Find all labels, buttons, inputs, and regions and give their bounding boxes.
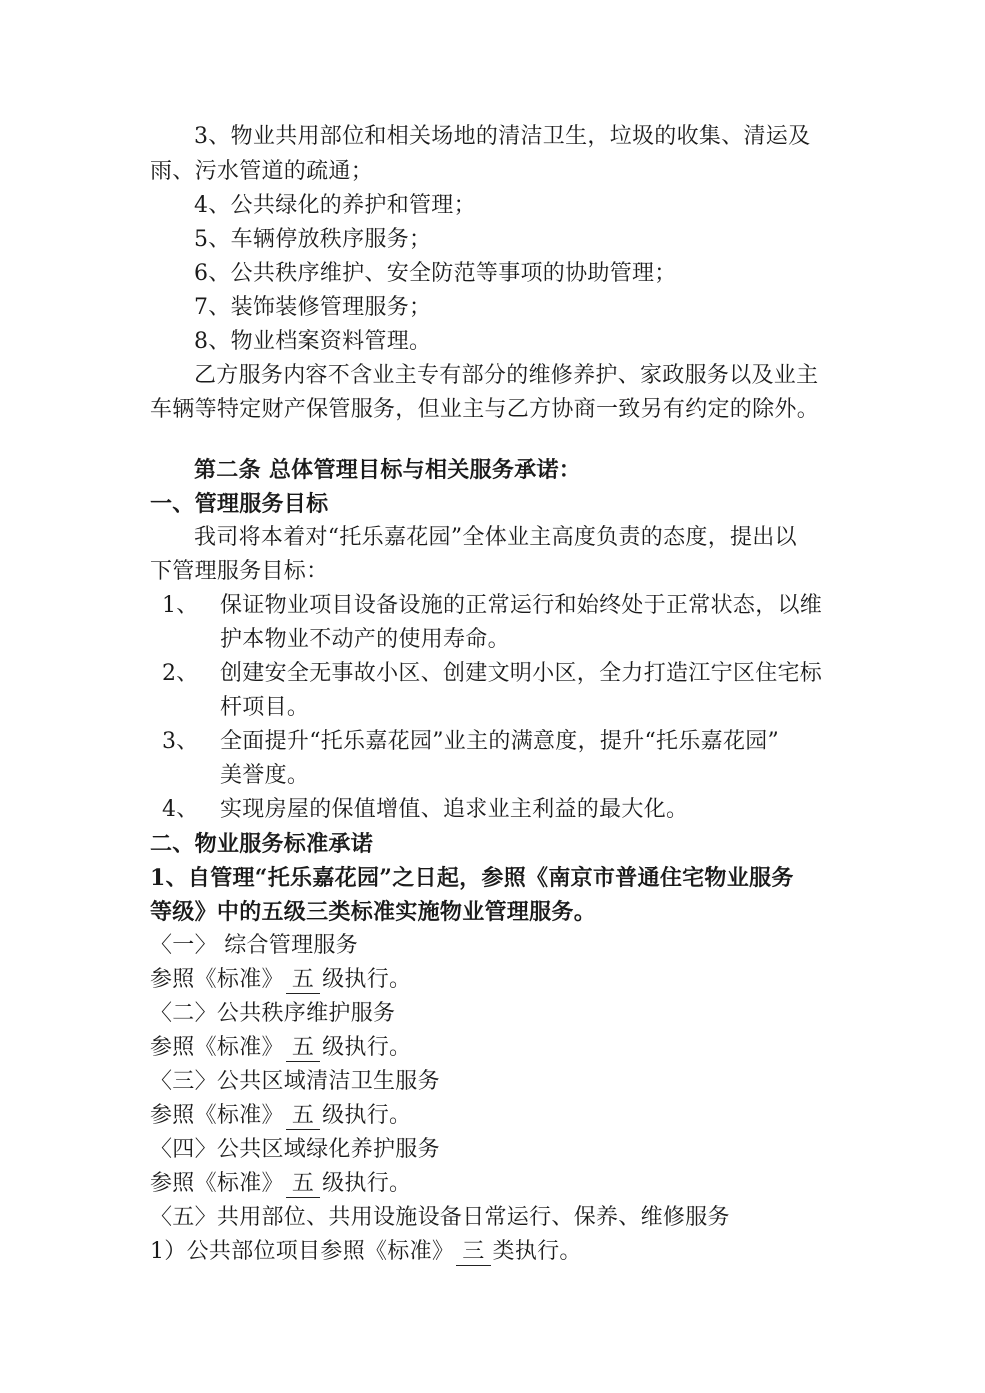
list-item-5: 5、车辆停放秩序服务；	[194, 223, 431, 257]
ref-prefix: 参照《标准》	[150, 1103, 284, 1128]
article-title: 第二条 总体管理目标与相关服务承诺：	[194, 453, 581, 487]
list-item-3-line2: 雨、污水管道的疏通；	[150, 155, 373, 189]
goal-3-line2: 美誉度。	[220, 759, 309, 793]
goal-number: 3、	[162, 725, 199, 759]
ref-suffix: 级执行。	[322, 967, 411, 992]
goal-number: 1、	[162, 589, 199, 623]
section1-heading: 一、管理服务目标	[150, 487, 328, 521]
exclusion-line1: 乙方服务内容不含业主专有部分的维修养护、家政服务以及业主	[194, 359, 818, 393]
section2-heading: 二、物业服务标准承诺	[150, 827, 373, 861]
ref-suffix: 级执行。	[322, 1035, 411, 1060]
goal-text: 实现房屋的保值增值、追求业主利益的最大化。	[220, 793, 688, 827]
service-item-1-ref: 参照《标准》五级执行。	[150, 963, 411, 997]
level-value: 五	[286, 1035, 320, 1062]
ref-prefix: 参照《标准》	[150, 1035, 284, 1060]
goal-2-line2: 杆项目。	[220, 691, 309, 725]
list-item-3-line1: 3、物业共用部位和相关场地的清洁卫生，垃圾的收集、清运及	[194, 120, 810, 154]
level-value: 五	[286, 1103, 320, 1130]
list-item-8: 8、物业档案资料管理。	[194, 325, 431, 359]
section2-para-line2: 等级》中的五级三类标准实施物业管理服务。	[150, 895, 596, 929]
service-item-2-title: 〈二〉公共秩序维护服务	[150, 997, 395, 1031]
list-item-7: 7、装饰装修管理服务；	[194, 291, 431, 325]
service-item-3-ref: 参照《标准》五级执行。	[150, 1099, 411, 1133]
category-value: 三	[456, 1239, 490, 1266]
ref-prefix: 参照《标准》	[150, 1171, 284, 1196]
ref-suffix: 级执行。	[322, 1103, 411, 1128]
exclusion-line2: 车辆等特定财产保管服务，但业主与乙方协商一致另有约定的除外。	[150, 393, 819, 427]
section1-intro-line2: 下管理服务目标：	[150, 555, 328, 589]
goal-number: 2、	[162, 657, 199, 691]
service-item-4-title: 〈四〉公共区域绿化养护服务	[150, 1133, 440, 1167]
ref-prefix: 参照《标准》	[150, 967, 284, 992]
service-item-2-ref: 参照《标准》五级执行。	[150, 1031, 411, 1065]
goal-text: 创建安全无事故小区、创建文明小区，全力打造江宁区住宅标	[220, 657, 822, 691]
sub-prefix: 1）公共部位项目参照《标准》	[150, 1239, 454, 1264]
goal-1-line2: 护本物业不动产的使用寿命。	[220, 623, 510, 657]
level-value: 五	[286, 1171, 320, 1198]
goal-3: 3、 全面提升“托乐嘉花园”业主的满意度，提升“托乐嘉花园”	[150, 725, 840, 759]
sub-suffix: 类执行。	[493, 1239, 582, 1264]
list-item-4: 4、公共绿化的养护和管理；	[194, 189, 476, 223]
goal-4: 4、 实现房屋的保值增值、追求业主利益的最大化。	[150, 793, 840, 827]
level-value: 五	[286, 967, 320, 994]
service-item-1-title: 〈一〉 综合管理服务	[150, 929, 358, 963]
goal-text: 保证物业项目设备设施的正常运行和始终处于正常状态，以维	[220, 589, 822, 623]
service-item-4-ref: 参照《标准》五级执行。	[150, 1167, 411, 1201]
goal-text: 全面提升“托乐嘉花园”业主的满意度，提升“托乐嘉花园”	[220, 725, 779, 759]
goal-1: 1、 保证物业项目设备设施的正常运行和始终处于正常状态，以维	[150, 589, 840, 623]
list-item-6: 6、公共秩序维护、安全防范等事项的协助管理；	[194, 257, 677, 291]
service-item-5-title: 〈五〉共用部位、共用设施设备日常运行、保养、维修服务	[150, 1201, 730, 1235]
service-item-3-title: 〈三〉公共区域清洁卫生服务	[150, 1065, 440, 1099]
section1-intro-line1: 我司将本着对“托乐嘉花园”全体业主高度负责的态度，提出以	[194, 521, 797, 555]
goal-2: 2、 创建安全无事故小区、创建文明小区，全力打造江宁区住宅标	[150, 657, 840, 691]
service-item-5-sub: 1）公共部位项目参照《标准》三类执行。	[150, 1235, 582, 1269]
section2-para-line1: 1、自管理“托乐嘉花园”之日起，参照《南京市普通住宅物业服务	[150, 861, 794, 895]
goal-number: 4、	[162, 793, 199, 827]
ref-suffix: 级执行。	[322, 1171, 411, 1196]
